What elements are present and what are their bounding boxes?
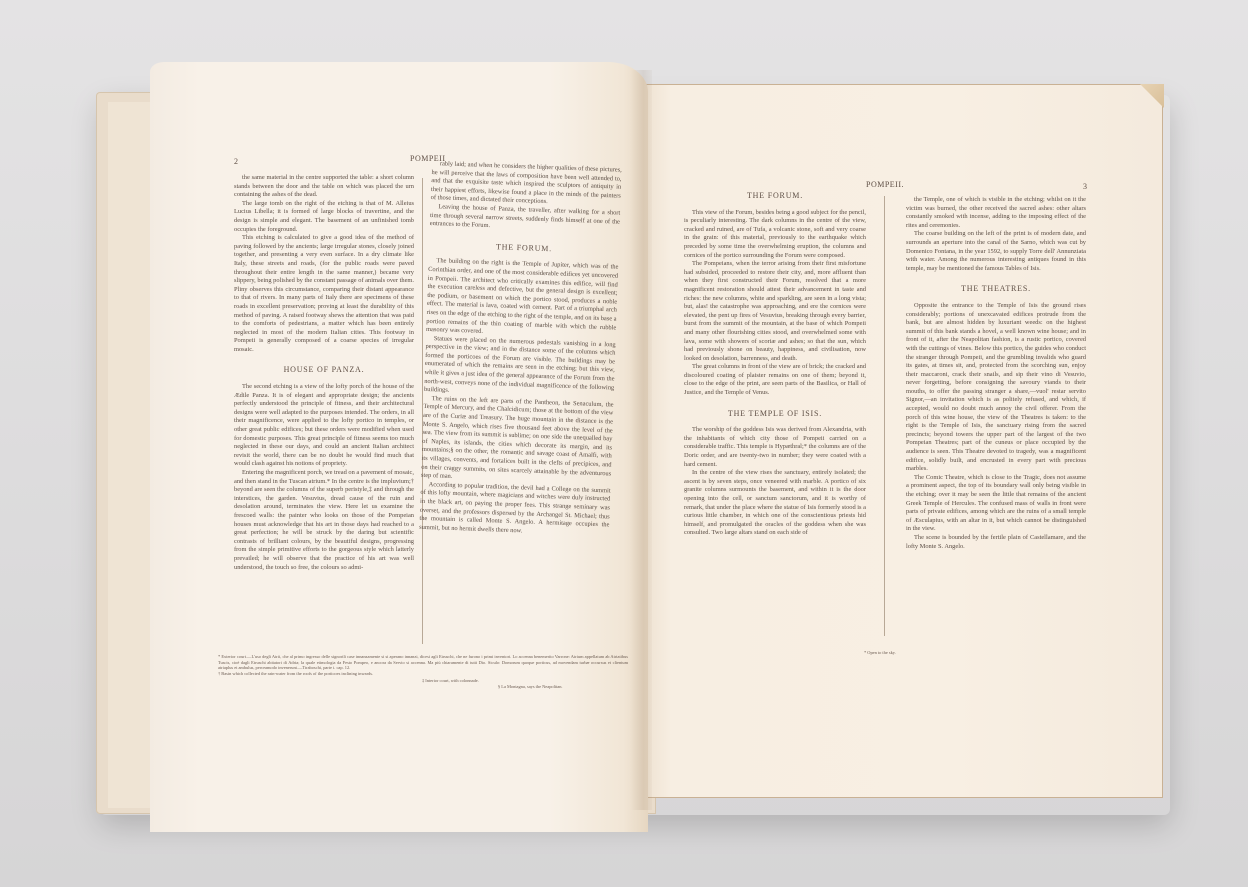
section-heading: THE FORUM. bbox=[684, 192, 866, 201]
footnote: † Basin which collected the rain-water f… bbox=[218, 671, 628, 677]
section-heading: THE TEMPLE OF ISIS. bbox=[684, 410, 866, 419]
paragraph: Leaving the house of Panza, the travelle… bbox=[430, 203, 621, 235]
right-column-1: THE FORUM. This view of the Forum, besid… bbox=[684, 190, 866, 538]
paragraph: the same material in the centre supporte… bbox=[234, 174, 414, 200]
section-heading: THE FORUM. bbox=[429, 241, 619, 256]
paragraph: The large tomb on the right of the etchi… bbox=[234, 200, 414, 234]
paragraph: According to popular tradition, the devi… bbox=[419, 481, 611, 539]
left-footnotes: * Exterior court.—L'uso degli Atrii, che… bbox=[218, 654, 628, 676]
right-footnote: * Open to the sky. bbox=[864, 650, 896, 655]
paragraph: the Temple, one of which is visible in t… bbox=[906, 196, 1086, 230]
left-page-number: 2 bbox=[234, 157, 238, 166]
left-column-2: rably laid; and when he considers the hi… bbox=[419, 160, 622, 539]
right-column-2: the Temple, one of which is visible in t… bbox=[906, 196, 1086, 551]
book-gutter bbox=[630, 70, 652, 810]
paragraph: The coarse building on the left of the p… bbox=[906, 230, 1086, 273]
paragraph: The second etching is a view of the loft… bbox=[234, 383, 414, 469]
footnote: * Exterior court.—L'uso degli Atrii, che… bbox=[218, 654, 628, 671]
paragraph: The ruins on the left are parts of the P… bbox=[421, 395, 614, 488]
footnote: ‡ Interior court, with colonnade. bbox=[422, 678, 479, 683]
paragraph: The Comic Theatre, which is close to the… bbox=[906, 474, 1086, 534]
paragraph: The worship of the goddess Isis was deri… bbox=[684, 426, 866, 469]
paragraph: rably laid; and when he considers the hi… bbox=[431, 160, 622, 210]
paragraph: This view of the Forum, besides being a … bbox=[684, 209, 866, 261]
paragraph: The scene is bounded by the fertile plai… bbox=[906, 534, 1086, 551]
left-column-1: the same material in the centre supporte… bbox=[234, 174, 414, 572]
column-rule bbox=[884, 196, 885, 636]
paragraph: In the centre of the view rises the sanc… bbox=[684, 469, 866, 538]
right-page-number: 3 bbox=[1083, 182, 1087, 191]
paragraph: Opposite the entrance to the Temple of I… bbox=[906, 302, 1086, 474]
paragraph: Entering the magnificent porch, we tread… bbox=[234, 469, 414, 572]
paragraph: The Pompeians, when the terror arising f… bbox=[684, 260, 866, 363]
footnote: § La Montagna, says the Neapolitan. bbox=[498, 684, 563, 689]
section-heading: THE THEATRES. bbox=[906, 285, 1086, 294]
section-heading: HOUSE OF PANZA. bbox=[234, 366, 414, 375]
paragraph: The building on the right is the Temple … bbox=[426, 257, 619, 341]
paragraph: This etching is calculated to give a goo… bbox=[234, 234, 414, 354]
paragraph: Statues were placed on the numerous pede… bbox=[424, 335, 616, 402]
right-running-title: POMPEII. bbox=[866, 180, 904, 189]
paragraph: The great columns in front of the view a… bbox=[684, 363, 866, 397]
